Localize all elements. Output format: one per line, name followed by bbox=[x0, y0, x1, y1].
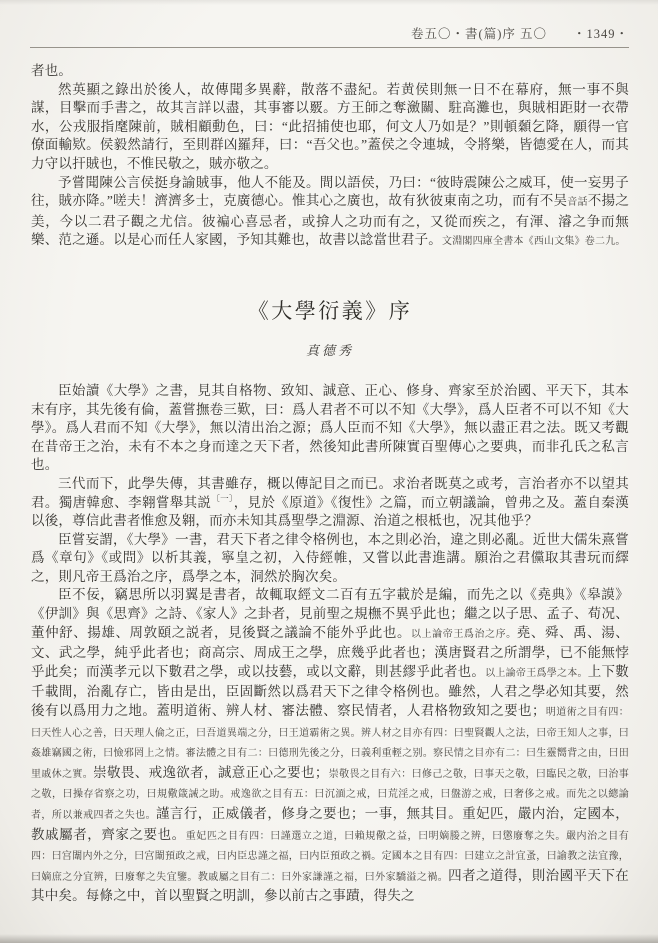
body-text: 然英顯之錄出於後人，故傳聞多異辭，散落不盡紀。若黄侯則無一日不在幕府，無一事不與… bbox=[31, 82, 629, 171]
body-text: 者也。 bbox=[31, 63, 72, 78]
paragraph: 臣嘗妄謂，《大學》一書，君天下者之律令格例也，本之則必治，違之則必亂。近世大儒朱… bbox=[31, 531, 629, 587]
page-content: 者也。然英顯之錄出於後人，故傳聞多異辭，散落不盡紀。若黄侯則無一日不在幕府，無一… bbox=[31, 62, 629, 906]
header-page-number: ・1349・ bbox=[573, 27, 629, 41]
footnote-marker: 〔一〕 bbox=[211, 493, 233, 503]
paragraph: 予嘗聞陳公言侯挺身諭賊事，他人不能及。間以語侯，乃曰：“彼時震陳公之威耳，使一妄… bbox=[31, 174, 629, 252]
paragraph: 三代而下，此學失傳，其書雖存，概以傳記目之而已。求治者既莫之或考，言治者亦不以望… bbox=[31, 475, 629, 531]
annotation-text: 以上論帝王爲治之序。 bbox=[411, 629, 517, 640]
body-text: 崇敬畏、戒逸欲者，誠意正心之要也； bbox=[93, 765, 328, 780]
paragraph: 者也。 bbox=[31, 62, 629, 81]
article-title: 《大學衍義》序 bbox=[31, 295, 629, 325]
body-text: 予嘗聞陳公言侯挺身諭賊事，他人不能及。間以語侯，乃曰：“彼時震陳公之威耳，使一妄… bbox=[31, 175, 629, 209]
paragraph: 臣始讀《大學》之書，見其自格物、致知、誠意、正心、修身、齊家至於治國、平天下，其… bbox=[31, 382, 629, 475]
header-section-title: 卷五〇・書(篇)序 五〇 bbox=[411, 27, 547, 41]
annotation-text: 音話 bbox=[567, 197, 588, 208]
scanned-book-page: 卷五〇・書(篇)序 五〇・1349・ 者也。然英顯之錄出於後人，故傳聞多異辭，散… bbox=[0, 0, 658, 943]
page-header: 卷五〇・書(篇)序 五〇・1349・ bbox=[30, 24, 629, 48]
body-text: 臣嘗妄謂，《大學》一書，君天下者之律令格例也，本之則必治，違之則必亂。近世大儒朱… bbox=[31, 532, 629, 584]
article-author: 真德秀 bbox=[31, 340, 629, 359]
annotation-text: 文淵閣四庫全書本《西山文集》卷二九。 bbox=[442, 236, 626, 247]
article-body: 臣始讀《大學》之書，見其自格物、致知、誠意、正心、修身、齊家至於治國、平天下，其… bbox=[31, 382, 629, 906]
paragraph: 然英顯之錄出於後人，故傳聞多異辭，散落不盡紀。若黄侯則無一日不在幕府，無一事不與… bbox=[31, 81, 629, 174]
prev-text-block: 者也。然英顯之錄出於後人，故傳聞多異辭，散落不盡紀。若黄侯則無一日不在幕府，無一… bbox=[31, 62, 629, 252]
body-text: 臣始讀《大學》之書，見其自格物、致知、誠意、正心、修身、齊家至於治國、平天下，其… bbox=[31, 383, 629, 472]
annotation-text: 以上論帝王爲學之本。 bbox=[485, 668, 588, 679]
paragraph: 臣不佞，竊思所以羽翼是書者，故輒取經文二百有五字載於是編，而先之以《堯典》《皋謨… bbox=[31, 586, 629, 906]
